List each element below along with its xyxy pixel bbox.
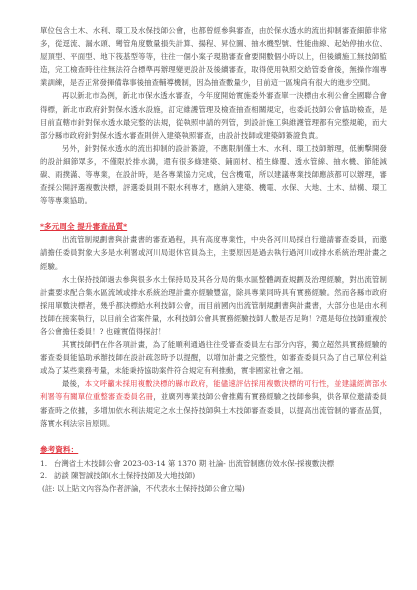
paragraph-soil-water-engineers: 水土保持技師過去參與很多水土保持局及其各分局的集水區整體調查規劃及治理經驗，對出…: [40, 273, 387, 338]
disclaimer-note: (註: 以上貼文內容為作者評論，不代表水土保持技師公會立場): [40, 483, 387, 496]
section-heading: *多元周全 提升審查品質*: [40, 220, 387, 233]
paragraph-conclusion: 最後，本文呼籲未採用複數決標的縣市政府，能儘速評估採用複數決標的可行性，並建議經…: [40, 377, 387, 429]
conclusion-prefix: 最後，: [62, 379, 85, 388]
paragraph-new-taipei-example: 再以新北市為例，新北市保水透水審查，今年度開始實施委外審查單一決標由水利公會全國…: [40, 89, 387, 141]
spacer: [40, 430, 387, 443]
reference-text: 訪談 陳智誠技師(水土保持技師及大地技師): [54, 471, 195, 480]
reference-text: 台灣省土木技師公會 2023-03-14 第 1370 期 社論- 出流管制應仿…: [54, 459, 334, 468]
paragraph-independent-reviewers: 其實技師們在作各項計畫，為了能順利通過往往受審查委員左右部分內容，獨立超然具實務…: [40, 338, 387, 377]
reference-item: 2.訪談 陳智誠技師(水土保持技師及大地技師): [40, 470, 387, 483]
paragraph-review-process: 出流管制規劃書與計畫書的審查過程，具有高度專業性，中央各河川局採自行邀請審查委員…: [40, 233, 387, 272]
reference-number: 2.: [40, 470, 54, 483]
paragraph-review-details: 單位包含土木、水利、環工及水保技師公會，也都曾經參與審查，由於保水透水的流出抑制…: [40, 24, 387, 89]
spacer: [40, 207, 387, 220]
references-heading: 參考資料：: [40, 443, 387, 456]
reference-number: 1.: [40, 458, 54, 471]
paragraph-design-certification: 另外，針對保水透水的流出抑制的設計簽證，不應限制僅土木、水利、環工技師辦理，低衝…: [40, 142, 387, 207]
document-page: 單位包含土木、水利、環工及水保技師公會，也都曾經參與審查，由於保水透水的流出抑制…: [40, 24, 387, 495]
reference-item: 1.台灣省土木技師公會 2023-03-14 第 1370 期 社論- 出流管制…: [40, 458, 387, 471]
